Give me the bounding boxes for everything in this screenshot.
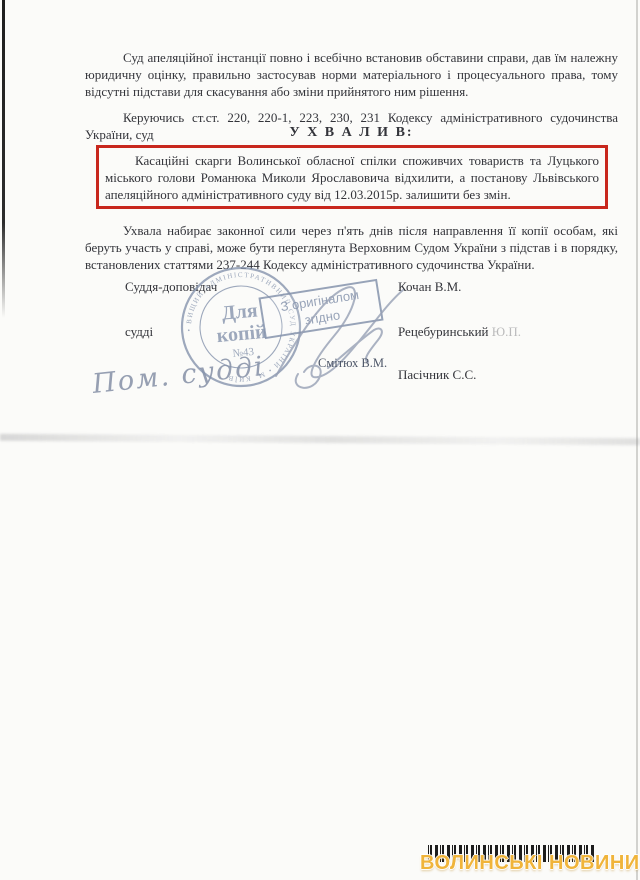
- certifier-name: Смітюх В.М.: [318, 356, 387, 371]
- highlight-red-box: Касаційні скарги Волинської обласної спі…: [96, 145, 608, 209]
- paragraph-court-findings: Суд апеляційної інстанції повно і всебіч…: [85, 49, 618, 100]
- judge-2-surname: Рецебуринський: [398, 324, 489, 339]
- paper-fold-crease: [0, 434, 640, 445]
- round-stamp-center-line1: Для: [221, 300, 259, 325]
- judges-label: судді: [125, 324, 153, 340]
- scan-left-edge-artifact: [2, 0, 5, 318]
- judge-3-name: Пасічник С.С.: [398, 367, 476, 383]
- pen-signature: [258, 278, 408, 398]
- round-stamp-number: №43: [232, 346, 255, 360]
- ruling-heading: У Х В А Л И В:: [85, 125, 618, 141]
- judge-2-initials: Ю.П.: [492, 324, 521, 339]
- paragraph-entry-into-force: Ухвала набирає законної сили через п'ять…: [85, 222, 618, 273]
- judge-2-name: Рецебуринський Ю.П.: [398, 324, 521, 340]
- ruling-operative-text: Касаційні скарги Волинської обласної спі…: [105, 152, 599, 203]
- news-site-watermark: ВОЛИНСЬКІ НОВИНИ: [420, 852, 640, 875]
- scanned-court-ruling-page: Суд апеляційної інстанції повно і всебіч…: [0, 0, 640, 880]
